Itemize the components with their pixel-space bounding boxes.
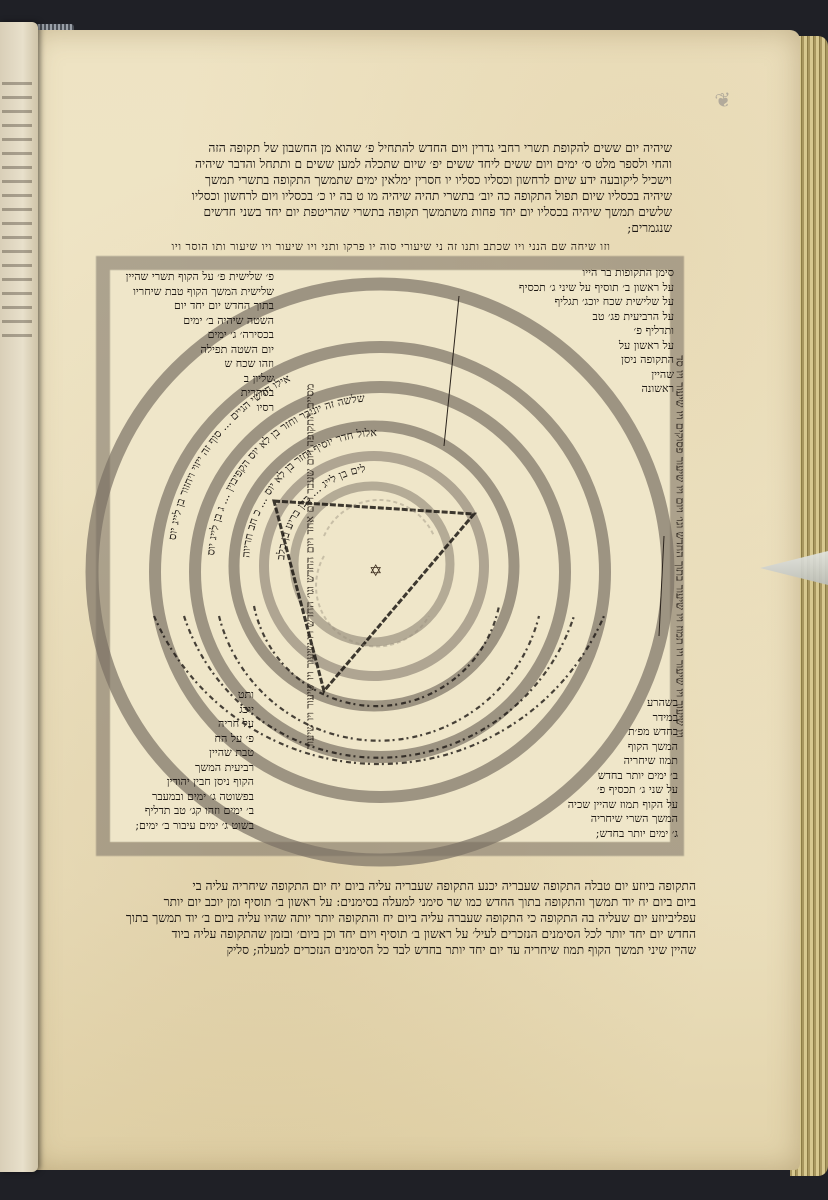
corner-line: על הקוף תמוז שהיין שכיה bbox=[560, 798, 678, 813]
corner-line: בשהרע bbox=[560, 696, 678, 711]
corner-line: בשוט ג׳ ימים עיבור ב׳ ימים; bbox=[104, 819, 254, 834]
frame-margin-text-top: וזו שיחה שם הנני ויו שכתב ותנו זה ני שיע… bbox=[96, 240, 686, 253]
corner-line: טבת שהיין bbox=[104, 746, 254, 761]
corner-text-bottom-right: בשהרע במידר בחדש מפ׳ת המשך הקוף תמוז שיח… bbox=[560, 696, 678, 841]
corner-line: במידר bbox=[560, 711, 678, 726]
corner-line: הקוף ניסן חבין יהודין bbox=[104, 775, 254, 790]
corner-line: ג׳ ימים יותר בחדש; bbox=[560, 827, 678, 842]
corner-line: התקופה ניסן bbox=[494, 353, 674, 368]
pencil-foliation-mark: ❦ bbox=[713, 81, 777, 119]
corner-text-bottom-left: ותט יוכג על חריה פ׳ על הח טבת שהיין רביע… bbox=[104, 688, 254, 833]
prose-line: והחי ולספר מלט ס׳ ימים ויום ששים ליחד שש… bbox=[104, 156, 672, 172]
corner-line: סימן התקופות בר הייו bbox=[494, 266, 674, 281]
corner-line: בסתרית bbox=[104, 386, 274, 401]
corner-line: ותדליף פ׳ bbox=[494, 324, 674, 339]
corner-line: ראשונה bbox=[494, 382, 674, 397]
prose-line: התקופה ביוזע יום טבלה התקופה שעבריה יכנע… bbox=[82, 878, 696, 894]
corner-line: ב׳ ימים יותר בחדש bbox=[560, 769, 678, 784]
corner-line: פ׳ על הח bbox=[104, 732, 254, 747]
prose-line: החדש יום יחד יותר לכל הסימנים הנזכרים לע… bbox=[82, 926, 696, 942]
corner-line: המשך השרי שיחריה bbox=[560, 812, 678, 827]
corner-line: יום השטה תפילה bbox=[104, 343, 274, 358]
corner-text-top-right: סימן התקופות בר הייו על ראשון ב׳ תוסיף ע… bbox=[494, 266, 674, 397]
corner-line: רביעית המשך bbox=[104, 761, 254, 776]
top-prose-paragraph: שיהיה יום ששים להקופת תשרי רחבי גדרין וי… bbox=[104, 140, 672, 236]
facing-page-text bbox=[2, 82, 32, 342]
corner-line: בכסירה׳ ג׳ ימים bbox=[104, 328, 274, 343]
corner-line: בפשוטה ג׳ ימים ובמעבר bbox=[104, 790, 254, 805]
frame-margin-text-left: מסיים התקופה ויום שעבר ויום אחד ויום החד… bbox=[304, 287, 317, 847]
corner-line: וזהו שכח ש bbox=[104, 357, 274, 372]
corner-line: השטה שיהיה ב׳ ימים bbox=[104, 314, 274, 329]
corner-line: על הרביעית פג׳ טב bbox=[494, 310, 674, 325]
facing-page-edge bbox=[0, 22, 38, 1172]
prose-line: וישכיל ליקובעה ידע שיום לרחשון וכסליו כס… bbox=[104, 172, 672, 188]
corner-line: יוכג bbox=[104, 703, 254, 718]
prose-line: ביום ביום יח יוד תמשך והתקופה בתוך החדש … bbox=[82, 894, 696, 910]
prose-line: שנגמרים; bbox=[104, 220, 672, 236]
pointer-line bbox=[444, 296, 459, 446]
corner-line: תמוז שיחריה bbox=[560, 754, 678, 769]
corner-text-top-left: פ׳ שלישית פ׳ על הקוף תשרי שהיין שלישית ה… bbox=[104, 270, 274, 415]
corner-line: על שלישית שכח יוכג׳ תגליף bbox=[494, 295, 674, 310]
prose-line: שלשים תמשך שיהיה בכסליו יום יחד פחות משת… bbox=[104, 204, 672, 220]
corner-line: ב׳ ימים וזהו קג׳ טב תדליף bbox=[104, 804, 254, 819]
prose-line: שיהיה בכסליו שיום תפול התקופה כה יוב׳ בת… bbox=[104, 188, 672, 204]
corner-line: שלישית המשך הקוף טבת שיחריו bbox=[104, 285, 274, 300]
corner-line: שליון ב bbox=[104, 372, 274, 387]
ring-script-lower-4 bbox=[254, 606, 499, 706]
corner-line: רסיו bbox=[104, 401, 274, 416]
corner-line: ותט bbox=[104, 688, 254, 703]
corner-line: בחדש מפ׳ת bbox=[560, 725, 678, 740]
corner-line: על ראשון ב׳ תוסיף על שיני ג׳ תכסיף bbox=[494, 281, 674, 296]
prose-line: עפליביוזע יום שעליה בה התקופה כי התקופה … bbox=[82, 910, 696, 926]
corner-line: בתוך החדש יום יחד יום bbox=[104, 299, 274, 314]
corner-line: המשך הקוף bbox=[560, 740, 678, 755]
corner-line: על חריה bbox=[104, 717, 254, 732]
corner-line: על ראשון על bbox=[494, 339, 674, 354]
prose-line: שיהיה יום ששים להקופת תשרי רחבי גדרין וי… bbox=[104, 140, 672, 156]
corner-line: שהיין bbox=[494, 368, 674, 383]
corner-line: על שני ג׳ תכסיף פ׳ bbox=[560, 783, 678, 798]
corner-line: פ׳ שלישית פ׳ על הקוף תשרי שהיין bbox=[104, 270, 274, 285]
center-star-icon: ✡ bbox=[369, 563, 382, 579]
prose-line: שהיין שיני תמשך הקוף תמוז שיחריה עד יום … bbox=[82, 942, 696, 958]
bottom-prose-paragraph: התקופה ביוזע יום טבלה התקופה שעבריה יכנע… bbox=[82, 878, 696, 958]
